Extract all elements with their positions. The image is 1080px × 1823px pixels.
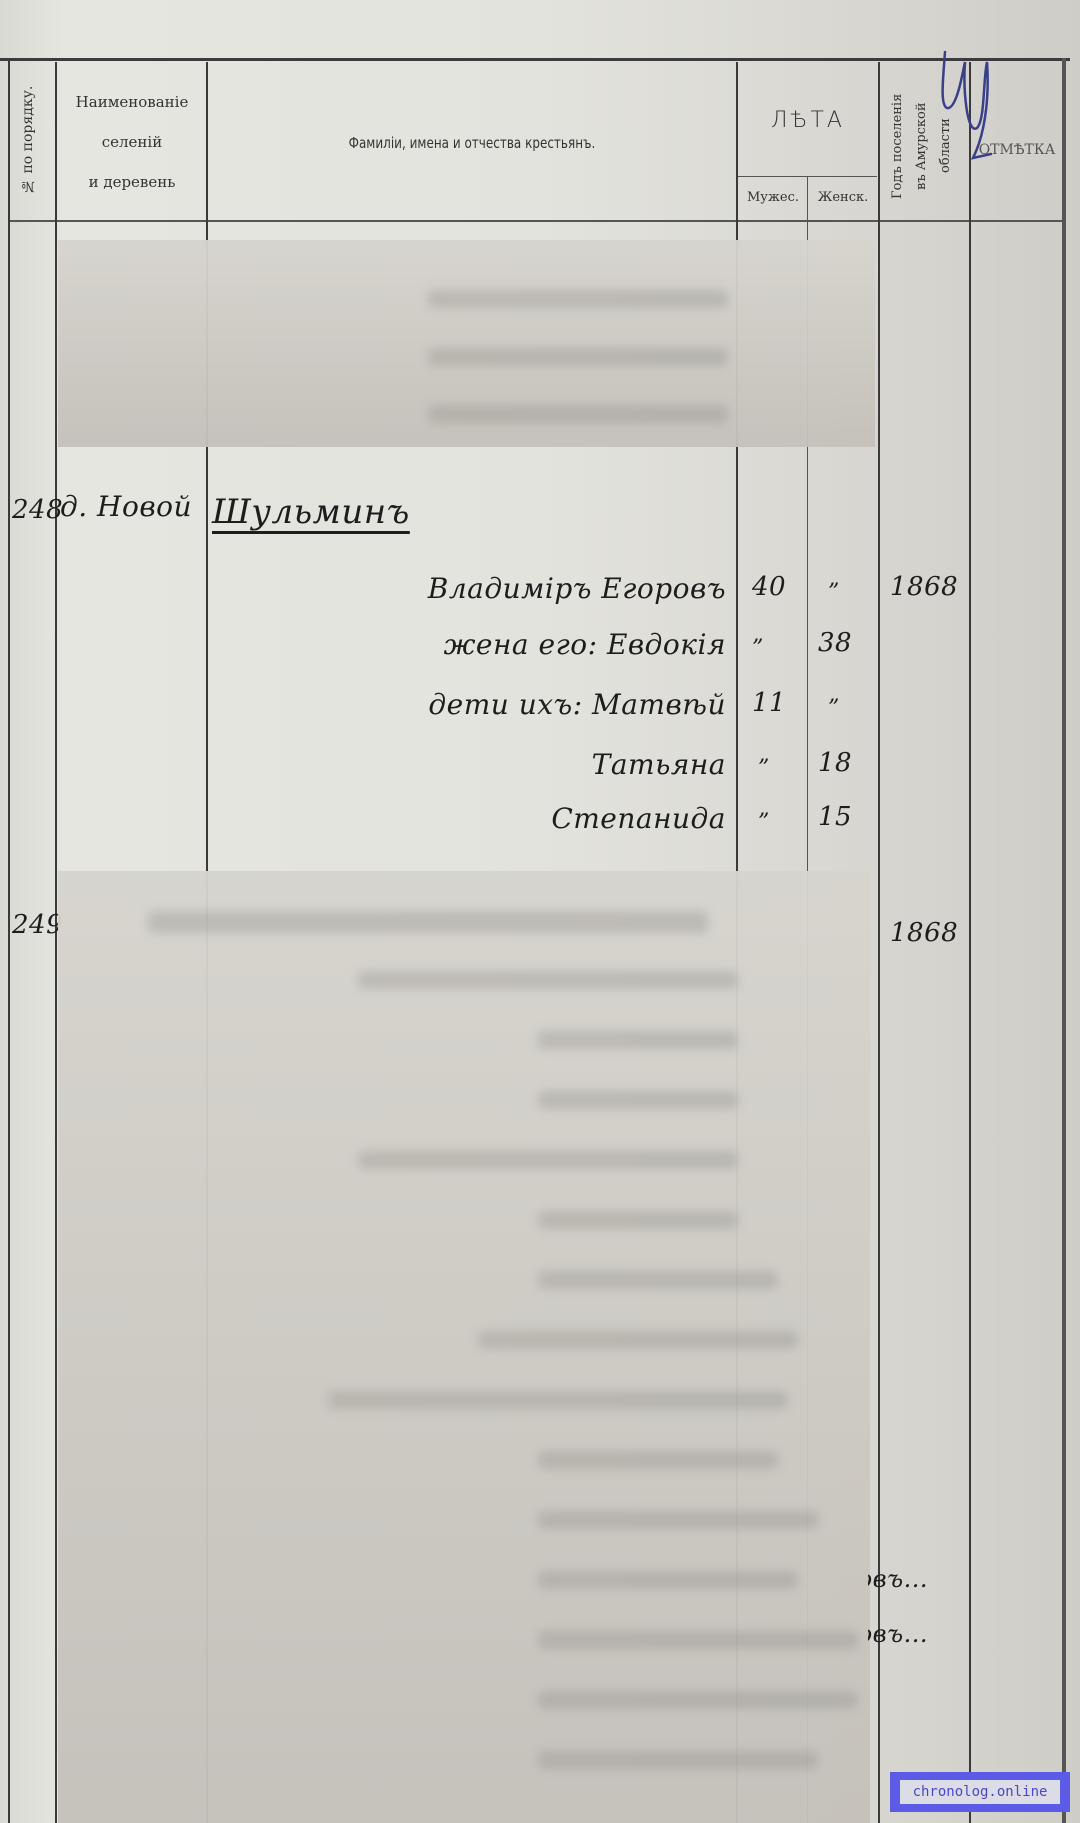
header-ages: ЛѢТА [738,108,878,133]
entry-year-settled: 1868 [890,572,958,602]
redacted-region-bottom [58,871,870,1823]
member-age-female: ” [828,580,840,605]
header-number: № по порядку. [20,66,36,214]
member-name: Владиміръ Егоровъ [428,572,726,605]
col-divider-year-left [878,62,880,1823]
header-names: Фамиліи, имена и отчества крестьянъ. [261,134,683,152]
member-name: Татьяна [592,748,726,781]
table-left-border [8,58,10,1823]
pen-mark-icon [935,50,1005,165]
header-settlement-line2: селеній [58,122,206,162]
entry-number: 249 [12,910,63,940]
col-divider-number [55,62,57,1823]
member-age-male: 11 [752,688,786,718]
entry-year-settled: 1868 [890,918,958,948]
fragment-right-1: ...овъ [868,1565,928,1593]
watermark-text: chronolog.online [900,1780,1060,1804]
watermark-badge: chronolog.online [890,1772,1070,1812]
table-right-border [1062,58,1066,1823]
member-age-female: ” [828,696,840,721]
header-settlement-line1: Наименованіе [58,82,206,122]
header-year-line2: въ Амурской [914,76,929,216]
member-age-male: ” [752,636,764,661]
member-age-male: ” [758,810,770,835]
table-top-border [0,58,1070,61]
redacted-region-top [58,240,875,447]
member-age-female: 18 [818,748,852,778]
header-ages-male: Мужес. [738,190,808,205]
member-age-male: 40 [752,572,786,602]
fragment-right-2: ...ковъ [868,1620,928,1648]
entry-surname: Шульминъ [212,492,410,532]
member-name: Степанида [551,802,726,835]
entry-settlement: д. Новой [60,490,192,523]
member-age-female: 15 [818,802,852,832]
member-age-male: ” [758,756,770,781]
member-name: жена его: Евдокія [444,628,726,661]
header-settlement: Наименованіе селеній и деревень [58,82,206,202]
header-ages-female: Женск. [808,190,878,205]
member-age-female: 38 [818,628,852,658]
member-name: дети ихъ: Матвѣй [428,688,726,721]
entry-number: 248 [12,495,63,525]
header-year-line1: Годъ поселенія [890,76,905,216]
header-bottom-border [8,220,1063,222]
header-settlement-line3: и деревень [58,162,206,202]
col-divider-year-right [969,62,971,1823]
